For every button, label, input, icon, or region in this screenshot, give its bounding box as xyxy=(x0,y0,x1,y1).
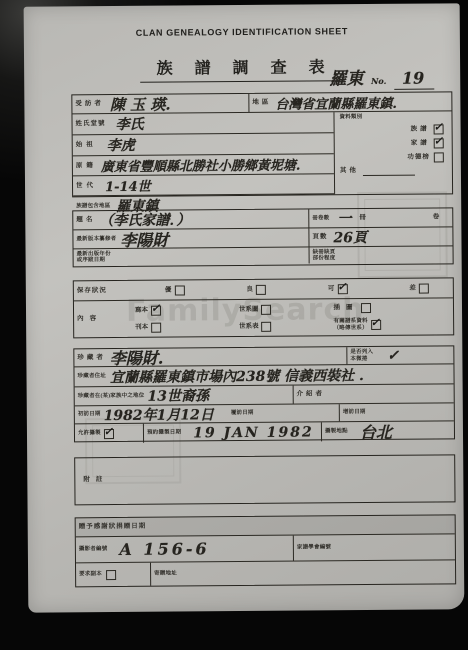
content-label: 內容 xyxy=(77,315,135,323)
introducer-cell: 介紹者 xyxy=(292,384,450,403)
pages-cell: 頁數 26頁 xyxy=(309,227,449,246)
owner-address-label: 珍藏者住址 xyxy=(78,373,107,380)
volumes-cell: 冊卷數 一 冊 卷 xyxy=(309,208,449,227)
category-other-blank-line[interactable] xyxy=(363,166,415,175)
surname-hall-label: 姓氏堂號 xyxy=(76,120,106,128)
microfilm-inclusion-cell: 是否列入 本微捲 ✓ xyxy=(346,346,450,364)
compiler-label: 最新版本纂修者 xyxy=(76,236,116,243)
position-label: 珍藏者在(某)家族中之地位 xyxy=(78,393,145,400)
content-col-2: 世系圖 世系表 xyxy=(239,300,334,335)
serial-number: 19 xyxy=(394,68,434,89)
interviewee-value: 陳 玉 瑛. xyxy=(110,92,249,114)
serial-number-annotation: 羅東 No. 19 xyxy=(329,63,434,90)
photographer-cell: 攝影者編號 A 156-6 xyxy=(79,536,294,563)
condition-poor-checkbox[interactable] xyxy=(419,283,429,293)
condition-option-excellent: 優 xyxy=(165,285,185,295)
introducer-label: 介紹者 xyxy=(296,390,325,398)
first-visit-cell: 初訪日期 1982年1月12日 xyxy=(78,405,228,423)
content-col-3: 插圖 有關譜系資料 （略傳世系） ✓ xyxy=(333,299,450,334)
copy-request-checkbox[interactable] xyxy=(106,570,116,580)
pubyear-cell: 最新出版年份 或序跋日期 xyxy=(77,247,310,265)
first-visit-value: 1982年1月12日 xyxy=(104,404,214,425)
added-visit-cell: 增訪日期 xyxy=(339,403,451,421)
serial-no-label: No. xyxy=(371,76,386,86)
surname-hall-row: 姓氏堂號 李氏 xyxy=(72,112,333,135)
juan-unit-label: 卷 xyxy=(433,213,441,221)
category-other-label: 其他 xyxy=(340,167,359,175)
owner-cell: 珍藏者 李陽財. xyxy=(77,347,346,366)
first-ancestor-label: 始祖 xyxy=(76,141,97,149)
condition-option-fair: 可 ✓ xyxy=(328,284,348,294)
content-option-related-materials: 有關譜系資料 （略傳世系） ✓ xyxy=(334,318,451,332)
origin-label: 原籍 xyxy=(76,162,97,170)
film-date-cell: 預約攝製日期 19 JAN 1982 xyxy=(144,422,321,442)
illustrations-checkbox[interactable] xyxy=(361,303,371,313)
category-jiapu-checkbox[interactable]: ✓ xyxy=(434,138,444,148)
option-label: 可 xyxy=(328,285,335,293)
generations-label: 世代 xyxy=(76,182,97,190)
copy-request-row: 要求副本 寄贈地址 xyxy=(76,560,455,586)
spacer xyxy=(367,218,433,219)
lineage-table-checkbox[interactable] xyxy=(262,321,272,331)
option-label: 優 xyxy=(165,286,172,294)
related-materials-checkbox[interactable]: ✓ xyxy=(371,320,381,330)
owner-label: 珍藏者 xyxy=(77,354,106,362)
info-lower-area: 姓氏堂號 李氏 始祖 李虎 原籍 廣東省豐順縣北勝社小勝鄉黃坭塘. 世代 1-1… xyxy=(72,111,452,196)
volume-unit-label: 冊 xyxy=(359,214,367,222)
condition-content-box: 保存狀況 優 良 可 ✓ 差 內容 寫本 xyxy=(73,277,454,338)
pubyear-label-line2: 或序跋日期 xyxy=(77,257,106,264)
option-label: 世系表 xyxy=(239,322,259,330)
compiler-value: 李陽財 xyxy=(120,227,168,250)
generations-value: 1-14世 xyxy=(105,176,151,195)
content-option-lineage-chart: 世系圖 xyxy=(239,304,334,315)
interviewee-info-box: 受訪者 陳 玉 瑛. 地區 台灣省宜蘭縣羅東鎮. 姓氏堂號 李氏 始祖 李虎 原… xyxy=(71,91,453,197)
photographer-value: A 156-6 xyxy=(119,539,209,559)
category-item-zupu: 族譜 ✓ xyxy=(340,124,444,135)
mailing-address-label: 寄贈地址 xyxy=(154,571,177,578)
english-form-title: CLAN GENEALOGY IDENTIFICATION SHEET xyxy=(24,25,460,38)
manuscript-checkbox[interactable]: ✓ xyxy=(151,305,161,315)
category-item-jiapu: 家譜 ✓ xyxy=(340,138,444,149)
content-row: 內容 寫本 ✓ 刊本 世系圖 xyxy=(74,298,453,337)
permission-cell: 允許攝製 ✓ xyxy=(78,424,144,444)
area-label: 地區 xyxy=(252,99,271,107)
category-gongdebang-label: 功德榜 xyxy=(407,153,430,161)
position-cell: 珍藏者在(某)家族中之地位 13世裔孫 xyxy=(78,386,293,406)
missing-label-line2: 部份程度 xyxy=(313,255,336,262)
option-label: 插圖 xyxy=(333,304,358,312)
film-date-label: 預約攝製日期 xyxy=(147,430,181,437)
serial-place: 羅東 xyxy=(329,69,363,89)
lineage-chart-checkbox[interactable] xyxy=(261,304,271,314)
copy-request-cell: 要求副本 xyxy=(79,563,151,587)
pages-value: 26頁 xyxy=(333,227,367,247)
photographer-label: 攝影者編號 xyxy=(79,546,108,553)
film-location-label: 攝製地點 xyxy=(325,428,348,435)
surname-hall-value: 李氏 xyxy=(115,114,143,134)
category-zupu-label: 族譜 xyxy=(411,125,430,133)
category-gongdebang-checkbox[interactable] xyxy=(434,152,444,162)
content-option-printed: 刊本 xyxy=(135,322,239,333)
chinese-form-title: 族 譜 調 查 表 xyxy=(141,54,344,83)
check-mark: ✓ xyxy=(151,301,160,314)
missing-pages-cell: 缺冊缺頁 部份程度 xyxy=(310,246,450,263)
microfilm-labels: 是否列入 本微捲 xyxy=(350,349,373,362)
film-location-value: 台北 xyxy=(360,420,392,443)
option-label: 刊本 xyxy=(135,323,148,331)
first-ancestor-value: 李虎 xyxy=(107,135,135,155)
check-mark: ✓ xyxy=(371,316,380,329)
condition-fair-checkbox[interactable]: ✓ xyxy=(337,284,347,294)
generations-row: 世代 1-14世 xyxy=(73,174,334,196)
check-mark: ✓ xyxy=(434,134,443,147)
category-zupu-checkbox[interactable]: ✓ xyxy=(434,124,444,134)
notes-label: 附註 xyxy=(83,476,108,484)
area-value: 台灣省宜蘭縣羅東鎮. xyxy=(275,92,397,112)
revisit-cell: 覆訪日期 xyxy=(228,404,339,422)
check-mark: ✓ xyxy=(337,280,346,293)
compiler-cell: 最新版本纂修者 李陽財 xyxy=(76,228,309,248)
volumes-label: 冊卷數 xyxy=(312,215,329,222)
origin-row: 原籍 廣東省豐順縣北勝社小勝鄉黃坭塘. xyxy=(73,154,334,176)
filming-row: 允許攝製 ✓ 預約攝製日期 19 JAN 1982 攝製地點 台北 xyxy=(75,421,454,443)
photographer-row: 攝影者編號 A 156-6 家譜學會編號 xyxy=(76,534,455,563)
condition-option-good: 良 xyxy=(246,284,266,294)
copy-request-label: 要求副本 xyxy=(79,571,102,578)
option-label: 世系圖 xyxy=(239,305,259,313)
notes-box: 附註 xyxy=(74,454,455,505)
revisit-label: 覆訪日期 xyxy=(231,410,254,417)
work-details-box: 題名 （李氏家譜．） 冊卷數 一 冊 卷 最新版本纂修者 李陽財 頁數 26頁 xyxy=(72,207,453,267)
permission-label: 允許攝製 xyxy=(78,430,101,437)
data-category-box: 資料類別 族譜 ✓ 家譜 ✓ 功德榜 其他 xyxy=(333,111,452,194)
category-item-other: 其他 xyxy=(340,166,444,176)
interviewee-label: 受訪者 xyxy=(75,100,104,108)
scanned-microfilm-frame: { "header": { "english_title": "CLAN GEN… xyxy=(0,0,468,650)
mailing-address-cell: 寄贈地址 xyxy=(151,560,452,585)
title-cell: 題名 （李氏家譜．） xyxy=(76,209,309,229)
added-visit-label: 增訪日期 xyxy=(343,409,366,416)
film-location-cell: 攝製地點 台北 xyxy=(321,421,451,441)
thanks-header-label: 贈予感謝狀捐贈日期 xyxy=(79,523,147,532)
check-mark: ✓ xyxy=(434,120,443,133)
film-date-value: 19 JAN 1982 xyxy=(193,424,314,441)
option-label: 寫本 xyxy=(135,306,148,314)
category-jiapu-label: 家譜 xyxy=(411,139,430,147)
content-option-manuscript: 寫本 ✓ xyxy=(135,305,239,316)
content-option-lineage-table: 世系表 xyxy=(239,321,334,332)
condition-option-poor: 差 xyxy=(409,283,429,293)
origin-value: 廣東省豐順縣北勝社小勝鄉黃坭塘. xyxy=(101,155,301,176)
owner-address-value: 宜蘭縣羅東鎮市場內238號 信義西裝社 . xyxy=(110,365,364,387)
area-cell: 地區 台灣省宜蘭縣羅東鎮. xyxy=(248,92,448,112)
first-visit-label: 初訪日期 xyxy=(78,411,101,418)
check-mark: ✓ xyxy=(104,425,113,438)
content-options: 寫本 ✓ 刊本 世系圖 世系表 xyxy=(135,299,450,335)
coverage-label: 族譜包含地區 xyxy=(76,203,110,210)
society-number-cell: 家譜學會編號 xyxy=(294,534,452,560)
owner-visit-box: 珍藏者 李陽財. 是否列入 本微捲 ✓ 珍藏者住址 宜蘭縣羅東鎮市場內238號 … xyxy=(73,345,455,442)
lineage-rows: 姓氏堂號 李氏 始祖 李虎 原籍 廣東省豐順縣北勝社小勝鄉黃坭塘. 世代 1-1… xyxy=(72,112,334,196)
volumes-value: 一 xyxy=(337,208,351,228)
title-label: 題名 xyxy=(76,216,95,224)
condition-label: 保存狀況 xyxy=(77,286,135,294)
condition-good-checkbox[interactable] xyxy=(256,284,266,294)
condition-excellent-checkbox[interactable] xyxy=(174,285,184,295)
microfilm-label-line2: 本微捲 xyxy=(350,355,373,362)
microfilm-check-mark: ✓ xyxy=(387,347,399,363)
permission-checkbox[interactable]: ✓ xyxy=(104,429,114,439)
position-value: 13世裔孫 xyxy=(147,385,209,405)
pubyear-row: 最新出版年份 或序跋日期 缺冊缺頁 部份程度 xyxy=(74,246,453,265)
related-materials-labels: 有關譜系資料 （略傳世系） xyxy=(334,318,368,331)
society-number-label: 家譜學會編號 xyxy=(297,545,331,552)
content-option-illustrations: 插圖 xyxy=(333,302,450,313)
content-col-1: 寫本 ✓ 刊本 xyxy=(135,301,239,336)
thanks-numbering-box: 贈予感謝狀捐贈日期 攝影者編號 A 156-6 家譜學會編號 要求副本 寄贈地址 xyxy=(75,514,457,587)
option-label: 良 xyxy=(246,285,253,293)
option-label: 差 xyxy=(409,284,416,292)
option-sublabel: （略傳世系） xyxy=(334,325,368,332)
printed-checkbox[interactable] xyxy=(151,322,161,332)
scanned-paper-form: CLAN GENEALOGY IDENTIFICATION SHEET 族 譜 … xyxy=(24,3,465,612)
first-ancestor-row: 始祖 李虎 xyxy=(73,133,334,156)
pages-label: 頁數 xyxy=(312,233,327,241)
category-item-gongdebang: 功德榜 xyxy=(340,152,444,163)
